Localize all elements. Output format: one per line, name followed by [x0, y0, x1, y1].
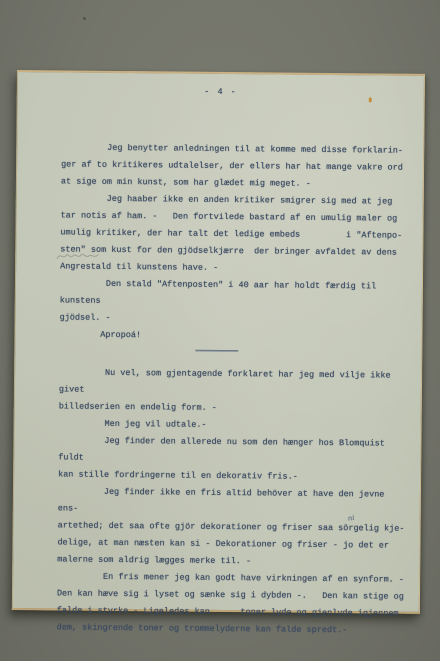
page-number: - 4 -: [18, 85, 424, 99]
photo-mat: - 4 - Jeg benytter anledningen til at ko…: [0, 0, 440, 661]
typed-text-block-2: Nu vel, som gjentagende forklaret har je…: [57, 364, 410, 639]
paper-fleck: [369, 97, 372, 102]
document-page: - 4 - Jeg benytter anledningen til at ko…: [12, 70, 425, 614]
handwritten-correction-note: ni: [347, 514, 355, 523]
section-divider: [195, 350, 238, 352]
typed-text-block-1: Jeg benytter anledningen til at komme me…: [59, 139, 411, 346]
mat-speck: [83, 17, 86, 20]
handwritten-pencil-annotation: [55, 249, 103, 263]
